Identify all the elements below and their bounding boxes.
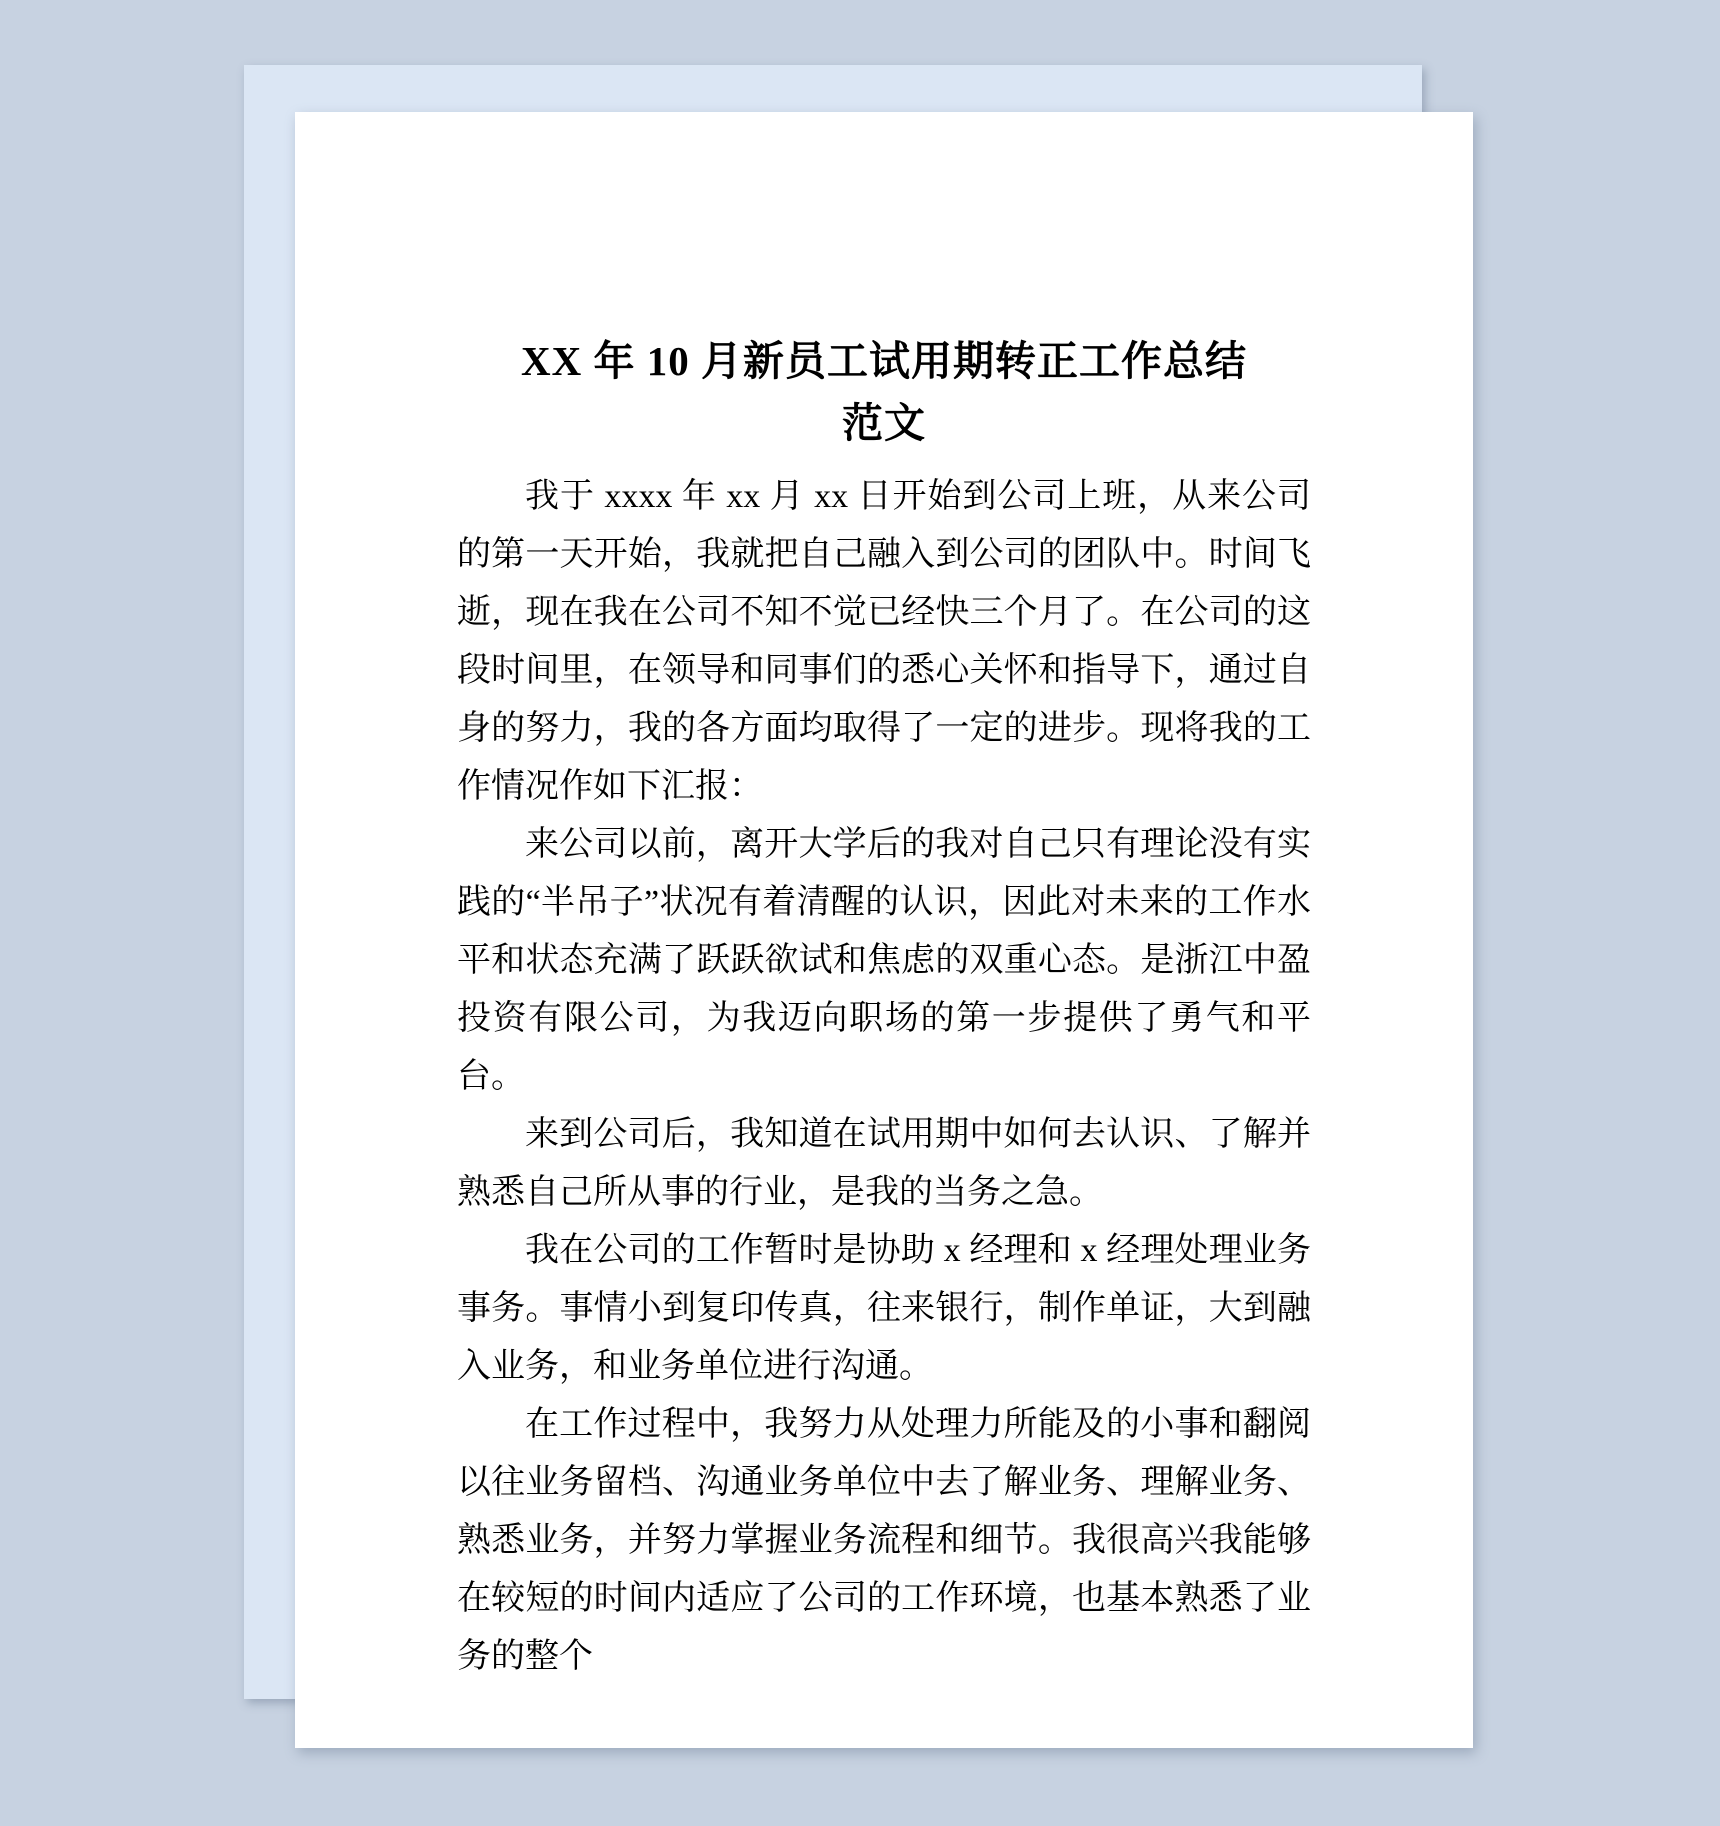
document-page: XX 年 10 月新员工试用期转正工作总结 范文 我于 xxxx 年 xx 月 … (295, 112, 1473, 1748)
paragraph-2: 来公司以前，离开大学后的我对自己只有理论没有实践的“半吊子”状况有着清醒的认识，… (457, 816, 1311, 1106)
document-title-line-2: 范文 (457, 392, 1311, 454)
document-title-line-1: XX 年 10 月新员工试用期转正工作总结 (457, 330, 1311, 392)
document-title: XX 年 10 月新员工试用期转正工作总结 范文 (457, 330, 1311, 454)
paragraph-5: 在工作过程中，我努力从处理力所能及的小事和翻阅以往业务留档、沟通业务单位中去了解… (457, 1396, 1311, 1686)
document-body: 我于 xxxx 年 xx 月 xx 日开始到公司上班，从来公司的第一天开始，我就… (457, 468, 1311, 1686)
paragraph-4: 我在公司的工作暂时是协助 x 经理和 x 经理处理业务事务。事情小到复印传真，往… (457, 1222, 1311, 1396)
paragraph-3: 来到公司后，我知道在试用期中如何去认识、了解并熟悉自己所从事的行业，是我的当务之… (457, 1106, 1311, 1222)
desktop-background: { "document": { "title_lines": [ "XX 年 1… (0, 0, 1720, 1826)
paragraph-1: 我于 xxxx 年 xx 月 xx 日开始到公司上班，从来公司的第一天开始，我就… (457, 468, 1311, 816)
